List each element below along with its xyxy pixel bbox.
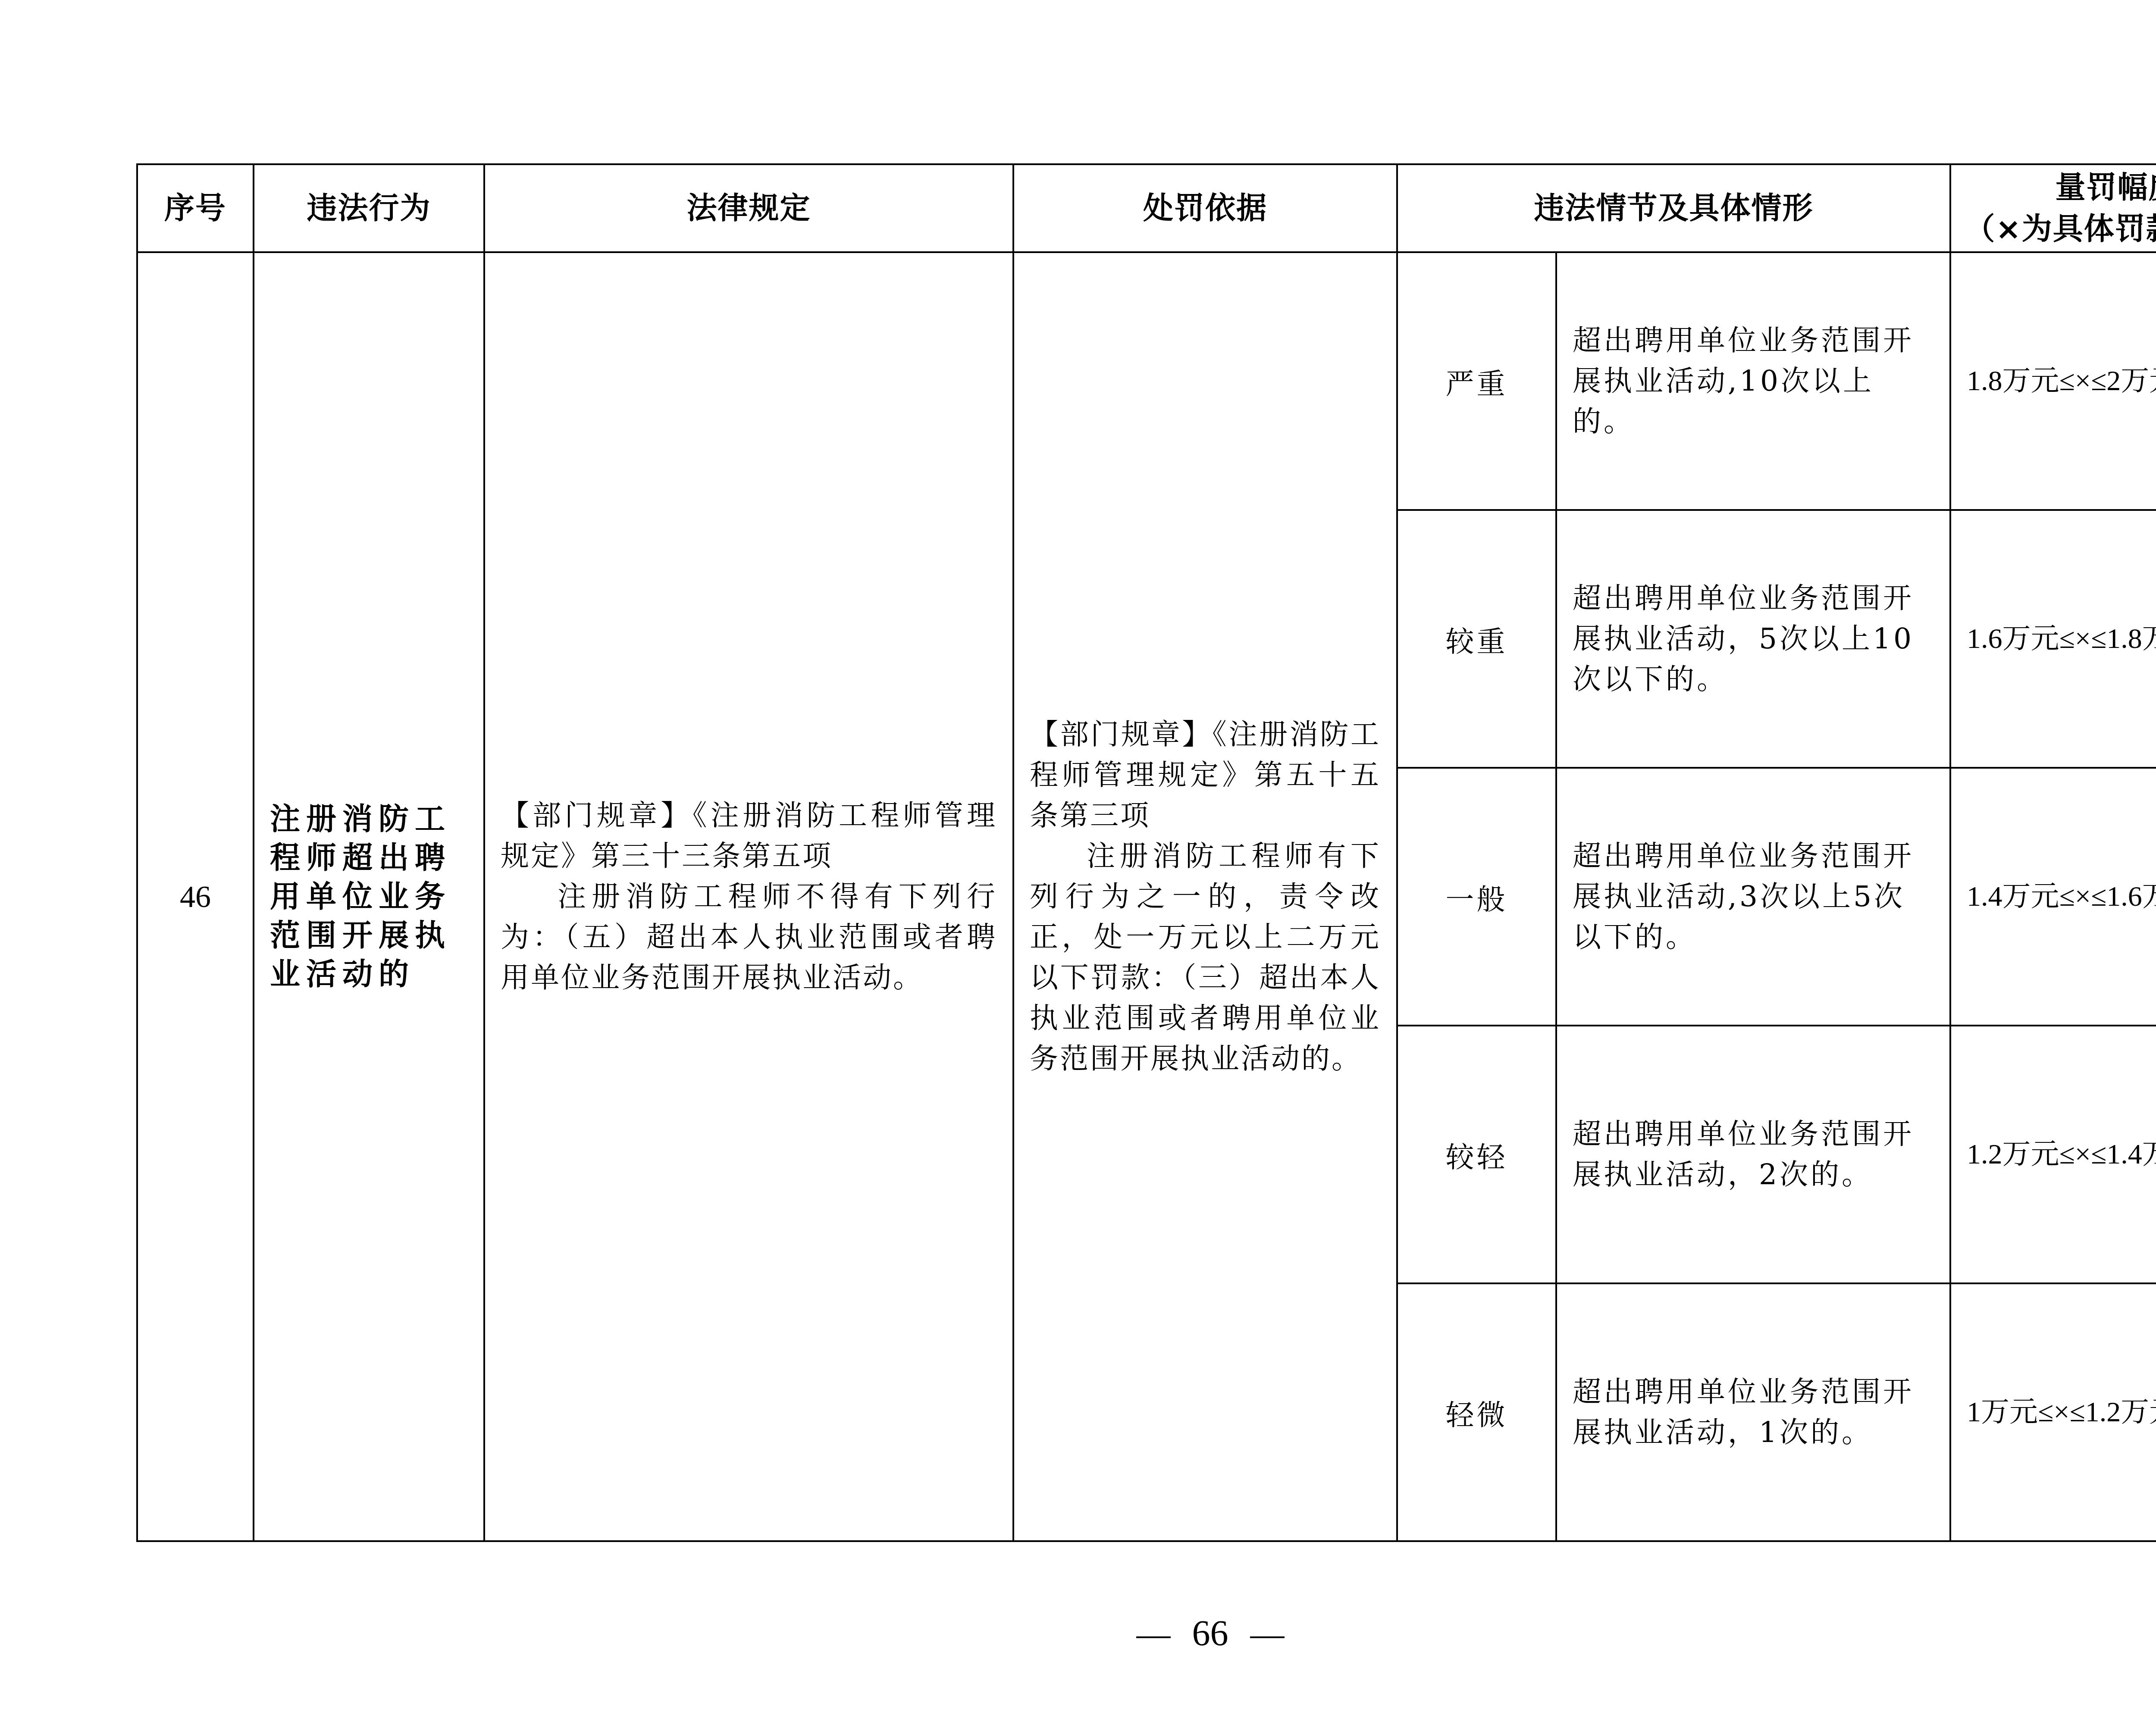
dash-right: [1250, 1636, 1285, 1638]
basis-source: 【部门规章】《注册消防工程师管理规定》第五十五条第三项: [1030, 714, 1381, 836]
header-law: 法律规定: [484, 164, 1013, 252]
header-range-note: （×为具体罚款金额）: [1951, 208, 2156, 250]
table-row: 46 注册消防工程师超出聘用单位业务范围开展执业活动的 【部门规章】《注册消防工…: [137, 252, 2156, 510]
entry-index: 46: [137, 252, 254, 1541]
entry-law-provision: 【部门规章】《注册消防工程师管理规定》第三十三条第五项 注册消防工程师不得有下列…: [484, 252, 1013, 1541]
severity-detail: 超出聘用单位业务范围开展执业活动，5次以上10次以下的。: [1556, 510, 1950, 768]
page-number: 66: [1192, 1614, 1228, 1654]
severity-level: 一般: [1397, 768, 1556, 1026]
fine-range: 1万元≤×≤1.2万元: [1950, 1283, 2156, 1541]
header-basis: 处罚依据: [1013, 164, 1397, 252]
severity-level: 较轻: [1397, 1026, 1556, 1283]
entry-penalty-basis: 【部门规章】《注册消防工程师管理规定》第五十五条第三项 注册消防工程师有下列行为…: [1013, 252, 1397, 1541]
law-source: 【部门规章】《注册消防工程师管理规定》第三十三条第五项: [501, 795, 997, 876]
header-index: 序号: [137, 164, 254, 252]
dash-left: [1136, 1636, 1171, 1638]
header-range-title: 量罚幅度: [1951, 167, 2156, 208]
basis-text: 注册消防工程师有下列行为之一的，责令改正，处一万元以上二万元以下罚款：（三）超出…: [1030, 836, 1381, 1079]
fine-range: 1.6万元≤×≤1.8万元: [1950, 510, 2156, 768]
severity-detail: 超出聘用单位业务范围开展执业活动,3次以上5次以下的。: [1556, 768, 1950, 1026]
document-page: 序号 违法行为 法律规定 处罚依据 违法情节及具体情形 量罚幅度 （×为具体罚款…: [0, 0, 2156, 1711]
header-circumstance: 违法情节及具体情形: [1397, 164, 1950, 252]
penalty-standard-table: 序号 违法行为 法律规定 处罚依据 违法情节及具体情形 量罚幅度 （×为具体罚款…: [136, 163, 2156, 1542]
entry-violation-act: 注册消防工程师超出聘用单位业务范围开展执业活动的: [254, 252, 484, 1541]
severity-level: 轻微: [1397, 1283, 1556, 1541]
fine-range: 1.4万元≤×≤1.6万元: [1950, 768, 2156, 1026]
severity-detail: 超出聘用单位业务范围开展执业活动，1次的。: [1556, 1283, 1950, 1541]
header-range: 量罚幅度 （×为具体罚款金额）: [1950, 164, 2156, 252]
severity-detail: 超出聘用单位业务范围开展执业活动，2次的。: [1556, 1026, 1950, 1283]
fine-range: 1.8万元≤×≤2万元: [1950, 252, 2156, 510]
severity-level: 严重: [1397, 252, 1556, 510]
fine-range: 1.2万元≤×≤1.4万元: [1950, 1026, 2156, 1283]
severity-level: 较重: [1397, 510, 1556, 768]
header-act: 违法行为: [254, 164, 484, 252]
table-header-row: 序号 违法行为 法律规定 处罚依据 违法情节及具体情形 量罚幅度 （×为具体罚款…: [137, 164, 2156, 252]
page-footer: 66: [0, 1610, 2156, 1658]
severity-detail: 超出聘用单位业务范围开展执业活动,10次以上的。: [1556, 252, 1950, 510]
law-text: 注册消防工程师不得有下列行为：（五）超出本人执业范围或者聘用单位业务范围开展执业…: [501, 876, 997, 998]
